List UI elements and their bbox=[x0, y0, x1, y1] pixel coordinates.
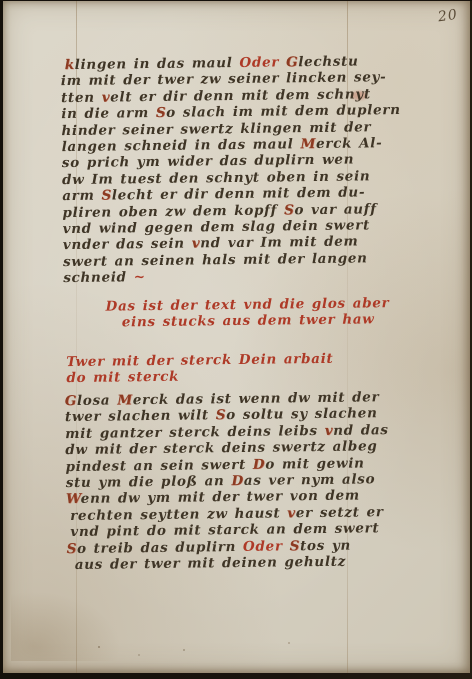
red-ink-text: do mit sterck bbox=[66, 369, 179, 386]
ink-text: schneid bbox=[63, 270, 134, 287]
ink-text: o var auff bbox=[294, 201, 376, 218]
verse-couplet-block: Twer mit der sterck Dein arbaitdo mit st… bbox=[64, 350, 416, 387]
ink-text: stu ym die ploß an bbox=[66, 473, 232, 491]
ink-text: tten bbox=[61, 89, 102, 105]
rubricated-letter: M bbox=[117, 392, 133, 408]
rubricated-letter: v bbox=[102, 89, 111, 105]
rubricated-letter: G bbox=[65, 393, 77, 409]
rubricated-letter: W bbox=[66, 491, 81, 507]
ink-text: vnder das sein bbox=[63, 236, 192, 254]
red-ink-text: eins stucks aus dem twer haw bbox=[122, 312, 375, 331]
rubricated-letter: S bbox=[284, 202, 295, 218]
ink-text: erck Al- bbox=[316, 135, 382, 152]
glosa-text-block: Glosa Merck das ist wenn dw mit dertwer … bbox=[65, 389, 419, 574]
red-ink-text: Oder bbox=[239, 54, 279, 70]
ink-text: as ver nym also bbox=[244, 471, 376, 489]
parchment-page: 20 klingen in das maul Oder Glechstuim m… bbox=[3, 1, 470, 673]
rubricated-letter: S bbox=[101, 188, 112, 204]
ink-text: aus der twer mit deinen gehultz bbox=[75, 554, 346, 573]
ink-text: in die arm bbox=[61, 105, 156, 122]
ink-text: o soltu sy slachen bbox=[226, 406, 378, 424]
ink-text: lechstu bbox=[298, 53, 359, 70]
ink-text: tos yn bbox=[300, 537, 351, 554]
red-ink-text: Twer mit der sterck Dein arbait bbox=[66, 351, 333, 370]
rubricated-letter: G bbox=[286, 54, 298, 70]
ink-text: losa bbox=[77, 392, 117, 408]
text-area: klingen in das maul Oder Glechstuim mit … bbox=[0, 0, 472, 676]
rubricated-letter: D bbox=[231, 473, 244, 489]
manuscript-line: do mit sterck bbox=[64, 366, 416, 387]
ink-text: nd var Im mit dem bbox=[200, 234, 358, 252]
manuscript-photo: 20 klingen in das maul Oder Glechstuim m… bbox=[0, 0, 472, 679]
rubricated-letter: S bbox=[156, 105, 167, 121]
ink-text: arm bbox=[62, 188, 101, 204]
rubricated-letter: k bbox=[65, 57, 75, 73]
rubricated-letter: S bbox=[290, 538, 301, 554]
red-ink-text: ~ bbox=[134, 269, 146, 285]
ink-text: er setzt er bbox=[296, 504, 384, 521]
rubric-heading-block: Das ist der text vnd die glos abereins s… bbox=[64, 295, 416, 332]
ink-text: pindest an sein swert bbox=[65, 456, 252, 474]
ink-text: twer slachen wilt bbox=[65, 408, 216, 426]
rubricated-letter: D bbox=[253, 456, 266, 472]
ink-text: o treib das duplirn bbox=[77, 539, 243, 557]
ink-text: nd das bbox=[333, 422, 389, 439]
ink-text: o mit gewin bbox=[265, 455, 365, 472]
manuscript-line: aus der twer mit deinen gehultz bbox=[67, 553, 419, 574]
manuscript-line: schneid ~ bbox=[63, 266, 415, 287]
ink-text: lingen in das maul bbox=[75, 55, 240, 73]
red-ink-text: Oder bbox=[243, 538, 290, 555]
rubricated-letter: S bbox=[216, 408, 227, 424]
rubricated-letter: v bbox=[287, 505, 296, 521]
rubricated-letter: M bbox=[300, 136, 316, 152]
main-text-block: klingen in das maul Oder Glechstuim mit … bbox=[61, 53, 416, 287]
rubricated-letter: v bbox=[325, 423, 334, 439]
